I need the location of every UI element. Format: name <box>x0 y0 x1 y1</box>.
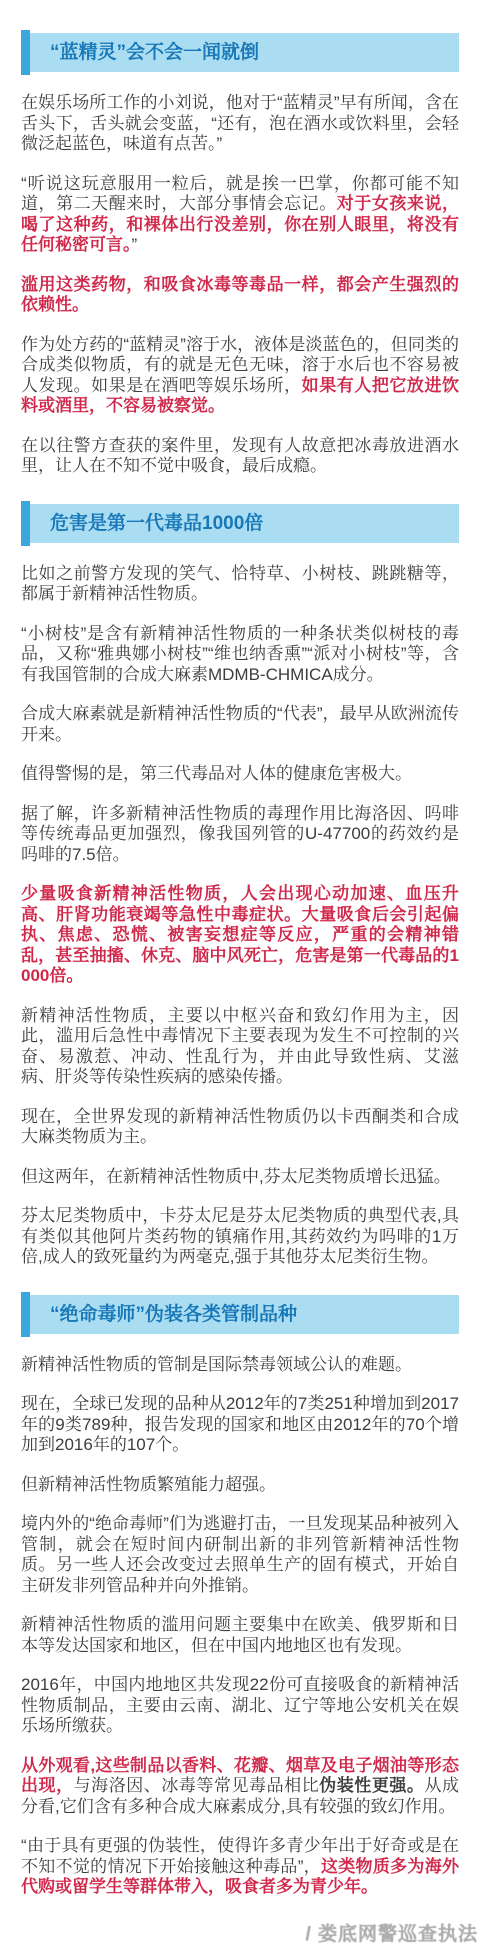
paragraph: 据了解，许多新精神活性物质的毒理作用比海洛因、吗啡等传统毒品更加强烈，像我国列管… <box>21 804 459 866</box>
paragraph: 新精神活性物质的管制是国际禁毒领域公认的难题。 <box>21 1355 459 1376</box>
text-run: 但新精神活性物质繁殖能力超强。 <box>21 1475 276 1494</box>
section-header-2: 危害是第一代毒品1000倍 <box>21 504 459 543</box>
text-run: 新精神活性物质，主要以中枢兴奋和致幻作用为主，因此，滥用后急性中毒情况下主要表现… <box>21 1006 459 1087</box>
text-run: 比如之前警方发现的笑气、恰特草、小树枝、跳跳糖等，都属于新精神活性物质。 <box>21 564 459 604</box>
paragraph: 新精神活性物质的滥用问题主要集中在欧美、俄罗斯和日本等发达国家和地区，但在中国内… <box>21 1615 459 1656</box>
text-run: ” <box>132 235 138 254</box>
paragraph: 合成大麻素就是新精神活性物质的“代表”，最早从欧洲流传开来。 <box>21 704 459 745</box>
paragraph: “小树枝”是含有新精神活性物质的一种条状类似树枝的毒品，又称“雅典娜小树枝”“维… <box>21 624 459 686</box>
paragraph: 现在，全世界发现的新精神活性物质仍以卡西酮类和合成大麻类物质为主。 <box>21 1107 459 1148</box>
text-run: 现在，全球已发现的品种从2012年的7类251种增加到2017年的9类789种，… <box>21 1394 459 1454</box>
text-run: 值得警惕的是，第三代毒品对人体的健康危害极大。 <box>21 764 412 783</box>
text-run: 在以往警方查获的案件里，发现有人故意把冰毒放进酒水里，让人在不知不觉中吸食，最后… <box>21 436 459 476</box>
paragraph: 值得警惕的是，第三代毒品对人体的健康危害极大。 <box>21 764 459 785</box>
text-run: 现在，全世界发现的新精神活性物质仍以卡西酮类和合成大麻类物质为主。 <box>21 1107 459 1147</box>
section-title: 危害是第一代毒品1000倍 <box>50 513 263 534</box>
section-accent-bar <box>21 30 30 75</box>
text-run: 据了解，许多新精神活性物质的毒理作用比海洛因、吗啡等传统毒品更加强烈，像我国列管… <box>21 804 459 864</box>
paragraph: 芬太尼类物质中，卡芬太尼是芬太尼类物质的典型代表,具有类似其他阿片类药物的镇痛作… <box>21 1206 459 1268</box>
paragraph: “听说这玩意服用一粒后，就是挨一巴掌，你都可能不知道，第二天醒来时，大部分事情会… <box>21 174 459 256</box>
paragraph: 新精神活性物质，主要以中枢兴奋和致幻作用为主，因此，滥用后急性中毒情况下主要表现… <box>21 1006 459 1088</box>
paragraph: 比如之前警方发现的笑气、恰特草、小树枝、跳跳糖等，都属于新精神活性物质。 <box>21 564 459 605</box>
paragraph: 但这两年，在新精神活性物质中,芬太尼类物质增长迅猛。 <box>21 1167 459 1188</box>
article: “蓝精灵”会不会一闻就倒在娱乐场所工作的小刘说，他对于“蓝精灵”早有所闻，含在舌… <box>21 33 459 1898</box>
text-run: 伪装性更强。 <box>319 1776 424 1795</box>
text-run: 新精神活性物质的管制是国际禁毒领域公认的难题。 <box>21 1355 412 1374</box>
text-run: 新精神活性物质的滥用问题主要集中在欧美、俄罗斯和日本等发达国家和地区，但在中国内… <box>21 1615 459 1655</box>
section-header-1: “蓝精灵”会不会一闻就倒 <box>21 33 459 72</box>
text-run: “小树枝”是含有新精神活性物质的一种条状类似树枝的毒品，又称“雅典娜小树枝”“维… <box>21 624 459 684</box>
text-run: 少量吸食新精神活性物质，人会出现心动加速、血压升高、肝肾功能衰竭等急性中毒症状。… <box>21 884 459 985</box>
police-patrol-watermark: / 娄底网警巡查执法 <box>305 1919 478 1946</box>
paragraph: 在以往警方查获的案件里，发现有人故意把冰毒放进酒水里，让人在不知不觉中吸食，最后… <box>21 436 459 477</box>
section-header-3: “绝命毒师”伪装各类管制品种 <box>21 1295 459 1334</box>
text-run: 但这两年，在新精神活性物质中,芬太尼类物质增长迅猛。 <box>21 1167 451 1186</box>
text-run: 芬太尼类物质中，卡芬太尼是芬太尼类物质的典型代表,具有类似其他阿片类药物的镇痛作… <box>21 1206 459 1266</box>
paragraph: 作为处方药的“蓝精灵”溶于水，液体是淡蓝色的，但同类的合成类似物质，有的就是无色… <box>21 335 459 417</box>
text-run: 2016年，中国内地地区共发现22份可直接吸食的新精神活性物质制品，主要由云南、… <box>21 1675 459 1735</box>
paragraph: 2016年，中国内地地区共发现22份可直接吸食的新精神活性物质制品，主要由云南、… <box>21 1675 459 1737</box>
article-page: “蓝精灵”会不会一闻就倒在娱乐场所工作的小刘说，他对于“蓝精灵”早有所闻，含在舌… <box>0 0 480 1953</box>
paragraph: 少量吸食新精神活性物质，人会出现心动加速、血压升高、肝肾功能衰竭等急性中毒症状。… <box>21 884 459 987</box>
text-run: 与海洛因、冰毒等常见毒品相比 <box>74 1776 320 1795</box>
text-run: 滥用这类药物，和吸食冰毒等毒品一样，都会产生强烈的依赖性。 <box>21 275 459 315</box>
paragraph: 现在，全球已发现的品种从2012年的7类251种增加到2017年的9类789种，… <box>21 1394 459 1456</box>
section-title: “蓝精灵”会不会一闻就倒 <box>50 42 259 63</box>
paragraph: 从外观看,这些制品以香料、花瓣、烟草及电子烟油等形态出现，与海洛因、冰毒等常见毒… <box>21 1756 459 1818</box>
section-accent-bar <box>21 501 30 546</box>
text-run: 境内外的“绝命毒师”们为逃避打击，一旦发现某品种被列入管制，就会在短时间内研制出… <box>21 1514 459 1595</box>
section-accent-bar <box>21 1292 30 1337</box>
text-run: 在娱乐场所工作的小刘说，他对于“蓝精灵”早有所闻，含在舌头下，舌头就会变蓝，“还… <box>21 93 459 153</box>
paragraph: “由于具有更强的伪装性，使得许多青少年出于好奇或是在不知不觉的情况下开始接触这种… <box>21 1836 459 1898</box>
text-run: 合成大麻素就是新精神活性物质的“代表”，最早从欧洲流传开来。 <box>21 704 459 744</box>
paragraph: 境内外的“绝命毒师”们为逃避打击，一旦发现某品种被列入管制，就会在短时间内研制出… <box>21 1514 459 1596</box>
paragraph: 滥用这类药物，和吸食冰毒等毒品一样，都会产生强烈的依赖性。 <box>21 275 459 316</box>
paragraph: 在娱乐场所工作的小刘说，他对于“蓝精灵”早有所闻，含在舌头下，舌头就会变蓝，“还… <box>21 93 459 155</box>
section-title: “绝命毒师”伪装各类管制品种 <box>50 1304 297 1325</box>
paragraph: 但新精神活性物质繁殖能力超强。 <box>21 1475 459 1496</box>
